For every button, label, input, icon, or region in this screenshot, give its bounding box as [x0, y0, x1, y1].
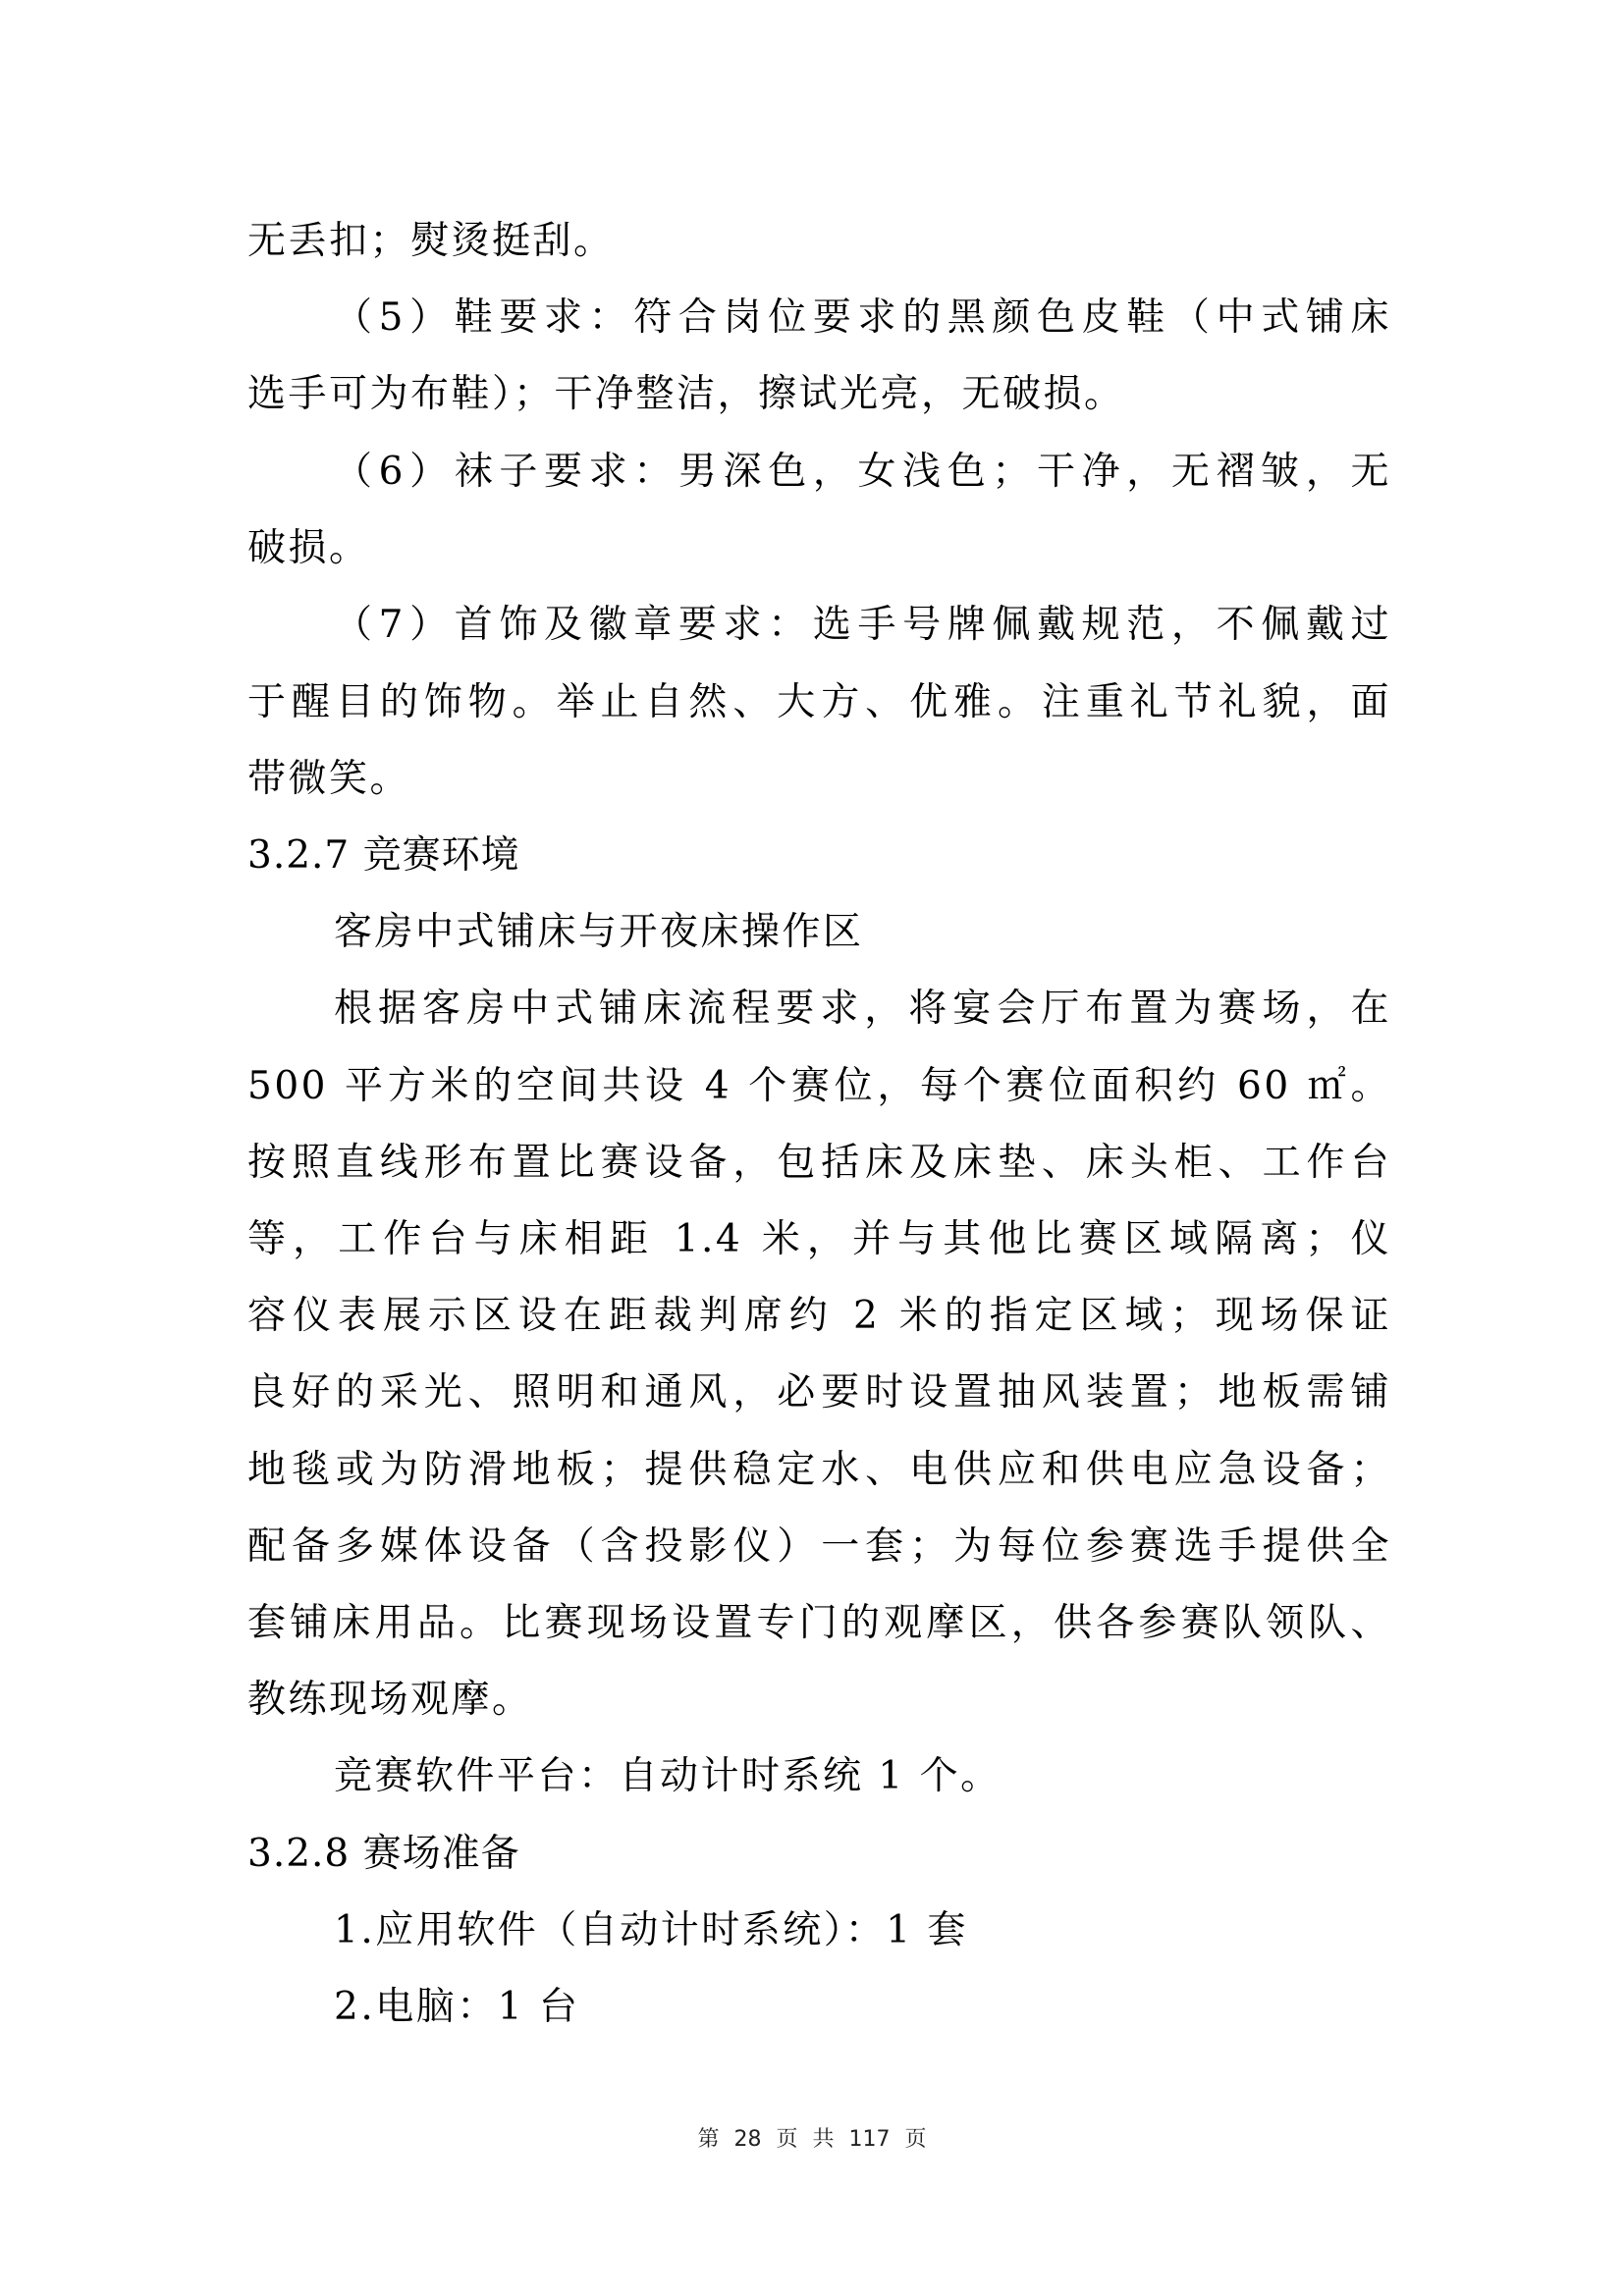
list-item-computer: 2.电脑：1 台 [334, 1980, 1391, 2035]
paragraph-line: 良好的采光、照明和通风，必要时设置抽风装置；地板需铺 [247, 1365, 1391, 1420]
paragraph-line: 等，工作台与床相距 1.4 米，并与其他比赛区域隔离；仪 [247, 1212, 1391, 1267]
item-socks-requirement: （6）袜子要求：男深色，女浅色；干净，无褶皱，无 [334, 445, 1391, 500]
paragraph-software-platform: 竞赛软件平台：自动计时系统 1 个。 [334, 1749, 1391, 1804]
paragraph-line: 选手可为布鞋）；干净整洁，擦试光亮，无破损。 [247, 367, 1391, 422]
paragraph-line: 带微笑。 [247, 752, 1391, 807]
paragraph-line: 地毯或为防滑地板；提供稳定水、电供应和供电应急设备； [247, 1443, 1391, 1498]
paragraph-line: 教练现场观摩。 [247, 1673, 1391, 1728]
paragraph-line: 套铺床用品。比赛现场设置专门的观摩区，供各参赛队领队、 [247, 1596, 1391, 1651]
paragraph-line: 根据客房中式铺床流程要求，将宴会厅布置为赛场，在 [334, 982, 1391, 1037]
paragraph-line: 配备多媒体设备（含投影仪）一套；为每位参赛选手提供全 [247, 1520, 1391, 1575]
paragraph-line: 无丢扣；熨烫挺刮。 [247, 214, 1391, 269]
subheading-operation-area: 客房中式铺床与开夜床操作区 [334, 905, 1391, 960]
section-heading-3-2-7: 3.2.7 竞赛环境 [247, 828, 1391, 883]
paragraph-line: 500 平方米的空间共设 4 个赛位，每个赛位面积约 60 ㎡。 [247, 1059, 1391, 1114]
paragraph-line: 容仪表展示区设在距裁判席约 2 米的指定区域；现场保证 [247, 1289, 1391, 1344]
item-shoes-requirement: （5）鞋要求：符合岗位要求的黑颜色皮鞋（中式铺床 [334, 291, 1391, 346]
paragraph-line: 破损。 [247, 521, 1391, 576]
section-heading-3-2-8: 3.2.8 赛场准备 [247, 1827, 1391, 1882]
item-jewelry-requirement: （7）首饰及徽章要求：选手号牌佩戴规范，不佩戴过 [334, 598, 1391, 653]
paragraph-line: 按照直线形布置比赛设备，包括床及床垫、床头柜、工作台 [247, 1136, 1391, 1191]
list-item-software: 1.应用软件（自动计时系统）：1 套 [334, 1903, 1391, 1958]
paragraph-line: 于醒目的饰物。举止自然、大方、优雅。注重礼节礼貌，面 [247, 675, 1391, 730]
page-number-footer: 第 28 页 共 117 页 [0, 2122, 1624, 2153]
document-page: 无丢扣；熨烫挺刮。 （5）鞋要求：符合岗位要求的黑颜色皮鞋（中式铺床 选手可为布… [0, 0, 1624, 2296]
